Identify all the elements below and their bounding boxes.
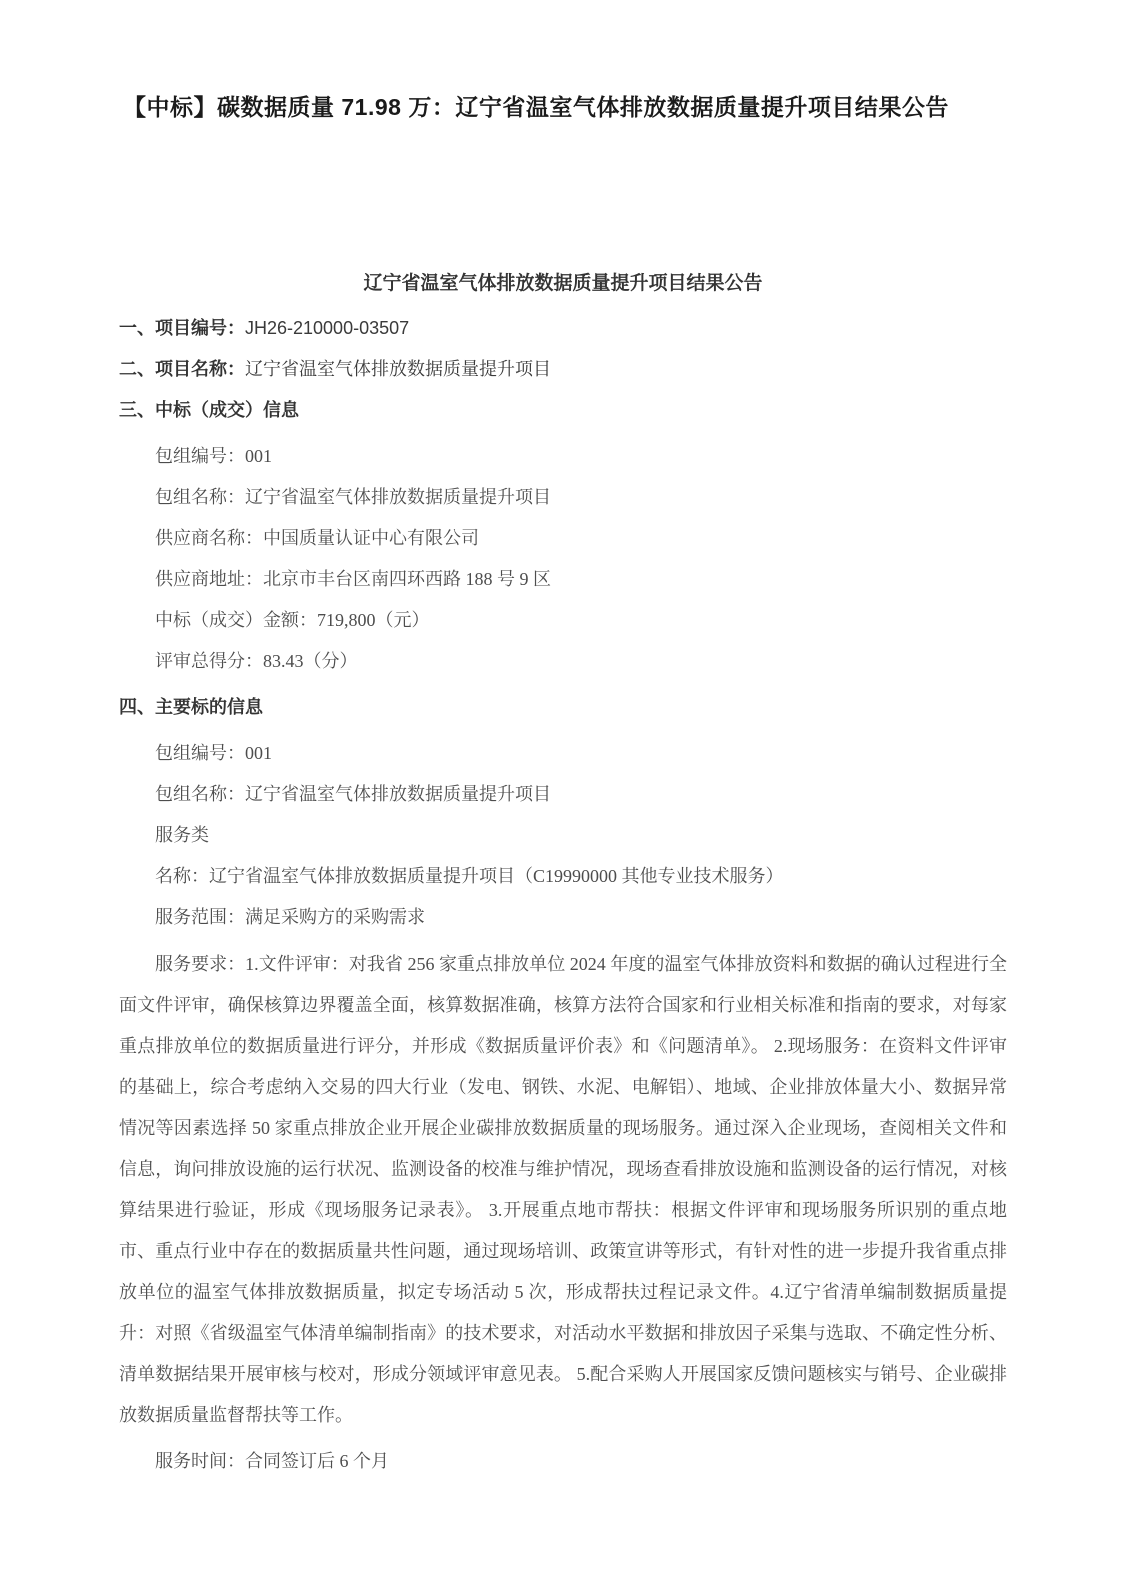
project-name-line: 二、项目名称：辽宁省温室气体排放数据质量提升项目 xyxy=(119,349,1007,390)
subject-package-name: 包组名称：辽宁省温室气体排放数据质量提升项目 xyxy=(119,774,1007,815)
subject-package-number: 包组编号：001 xyxy=(119,733,1007,774)
project-number-value: JH26-210000-03507 xyxy=(245,318,409,338)
announcement-page: 【中标】碳数据质量 71.98 万：辽宁省温室气体排放数据质量提升项目结果公告 … xyxy=(0,0,1122,1587)
award-package-name: 包组名称：辽宁省温室气体排放数据质量提升项目 xyxy=(119,477,1007,518)
award-supplier-name: 供应商名称：中国质量认证中心有限公司 xyxy=(119,518,1007,559)
document-title: 【中标】碳数据质量 71.98 万：辽宁省温室气体排放数据质量提升项目结果公告 xyxy=(123,92,1007,122)
project-number-line: 一、项目编号：JH26-210000-03507 xyxy=(119,308,1007,349)
project-number-label: 一、项目编号： xyxy=(119,318,245,338)
project-name-label: 二、项目名称： xyxy=(119,359,245,379)
subject-service-scope: 服务范围：满足采购方的采购需求 xyxy=(119,897,1007,938)
subject-service-name: 名称：辽宁省温室气体排放数据质量提升项目（C19990000 其他专业技术服务） xyxy=(119,856,1007,897)
award-supplier-address: 供应商地址：北京市丰台区南四环西路 188 号 9 区 xyxy=(119,559,1007,600)
service-requirements-paragraph: 服务要求：1.文件评审：对我省 256 家重点排放单位 2024 年度的温室气体… xyxy=(119,944,1007,1436)
award-package-number: 包组编号：001 xyxy=(119,436,1007,477)
announcement-body: 一、项目编号：JH26-210000-03507 二、项目名称：辽宁省温室气体排… xyxy=(119,308,1007,1482)
subject-service-category: 服务类 xyxy=(119,815,1007,856)
project-name-value: 辽宁省温室气体排放数据质量提升项目 xyxy=(245,359,551,379)
subject-info-heading: 四、主要标的信息 xyxy=(119,687,1007,728)
service-time-line: 服务时间：合同签订后 6 个月 xyxy=(119,1441,1007,1482)
announcement-subtitle: 辽宁省温室气体排放数据质量提升项目结果公告 xyxy=(119,270,1007,298)
award-info-heading: 三、中标（成交）信息 xyxy=(119,390,1007,431)
award-amount: 中标（成交）金额：719,800（元） xyxy=(119,600,1007,641)
award-review-score: 评审总得分：83.43（分） xyxy=(119,641,1007,682)
